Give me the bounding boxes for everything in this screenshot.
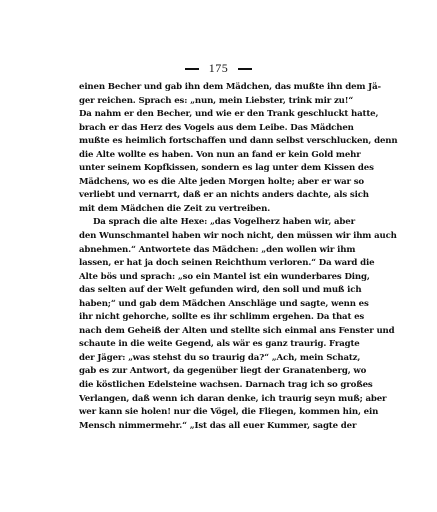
text-line: haben;“ und gab dem Mädchen Anschläge un… <box>79 298 331 312</box>
book-page: 175 einen Becher und gab ihn dem Mädchen… <box>0 0 437 512</box>
text-line: ger reichen. Sprach es: „nun, mein Liebs… <box>79 95 331 109</box>
page-number: 175 <box>209 61 229 75</box>
header-left-dash <box>185 68 199 70</box>
text-line: den Wunschmantel haben wir noch nicht, d… <box>79 230 331 244</box>
text-line: einen Becher und gab ihn dem Mädchen, da… <box>79 81 331 95</box>
text-line: Mensch nimmermehr.“ „Ist das all euer Ku… <box>79 420 331 434</box>
text-line: ihr nicht gehorche, sollte es ihr schlim… <box>79 311 331 325</box>
text-line-paragraph-end: mit dem Mädchen die Zeit zu vertreiben. <box>79 203 331 217</box>
text-line: Da nahm er den Becher, und wie er den Tr… <box>79 108 331 122</box>
text-line-paragraph-start: Da sprach die alte Hexe: „das Vogelherz … <box>79 216 331 230</box>
text-line: die köstlichen Edelsteine wachsen. Darna… <box>79 379 331 393</box>
text-line: unter seinem Kopfkissen, sondern es lag … <box>79 162 331 176</box>
text-line: schaute in die weite Gegend, als wär es … <box>79 338 331 352</box>
text-line: lassen, er hat ja doch seinen Reichthum … <box>79 257 331 271</box>
text-line: die Alte wollte es haben. Von nun an fan… <box>79 149 331 163</box>
page-header: 175 <box>0 61 437 75</box>
text-line: brach er das Herz des Vogels aus dem Lei… <box>79 122 331 136</box>
text-line: gab es zur Antwort, da gegenüber liegt d… <box>79 365 331 379</box>
text-line: Mädchens, wo es die Alte jeden Morgen ho… <box>79 176 331 190</box>
text-line: verliebt und vernarrt, daß er an nichts … <box>79 189 331 203</box>
header-right-dash <box>238 68 252 70</box>
text-line: abnehmen.“ Antwortete das Mädchen: „den … <box>79 244 331 258</box>
text-line: Alte bös und sprach: „so ein Mantel ist … <box>79 271 331 285</box>
text-line: wer kann sie holen! nur die Vögel, die F… <box>79 406 331 420</box>
text-line: das selten auf der Welt gefunden wird, d… <box>79 284 331 298</box>
text-line: nach dem Geheiß der Alten und stellte si… <box>79 325 331 339</box>
text-line: der Jäger: „was stehst du so traurig da?… <box>79 352 331 366</box>
text-line: mußte es heimlich fortschaffen und dann … <box>79 135 331 149</box>
text-line: Verlangen, daß wenn ich daran denke, ich… <box>79 393 331 407</box>
body-text: einen Becher und gab ihn dem Mädchen, da… <box>79 81 331 433</box>
